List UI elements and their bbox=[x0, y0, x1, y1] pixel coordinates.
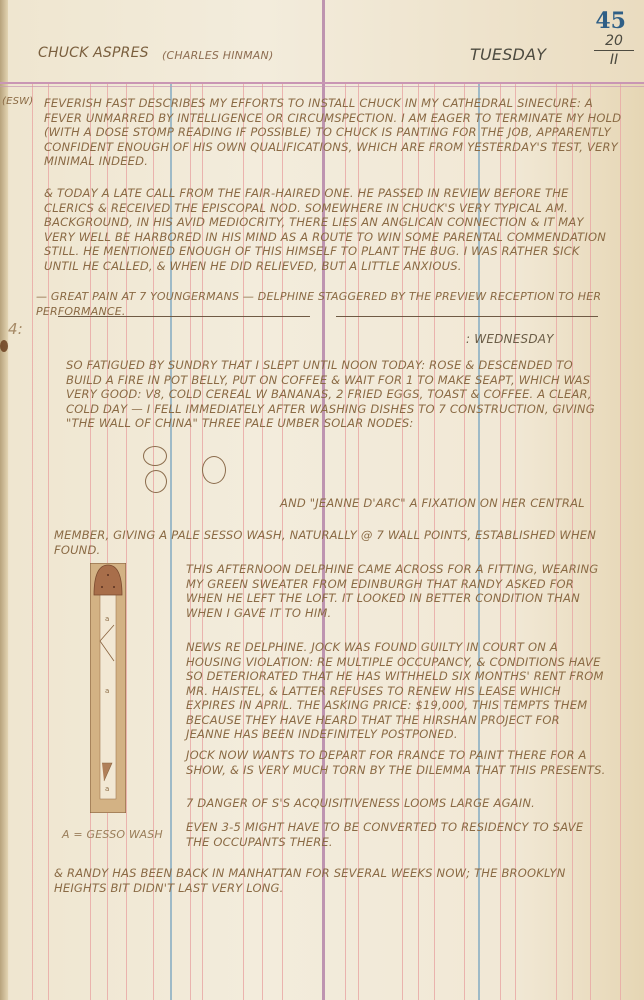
header-rule bbox=[0, 82, 644, 84]
entry-paragraph: and "Jeanne d'Arc" a fixation on her cen… bbox=[280, 496, 620, 511]
entry-paragraph: & Randy has been back in Manhattan for s… bbox=[54, 866, 614, 895]
sketch-legend: a = gesso wash bbox=[62, 828, 163, 843]
entry-paragraph: 7 danger of S's acquisitiveness looms la… bbox=[186, 796, 606, 811]
date-month: II bbox=[610, 52, 618, 68]
entry-paragraph: So fatigued by sundry that I slept until… bbox=[66, 358, 606, 431]
page-number: 45 bbox=[595, 8, 626, 34]
entry-paragraph: Feverish fast describes my efforts to in… bbox=[44, 96, 624, 169]
ledger-page: 45 Chuck Aspres (Charles Hinman) Tuesday… bbox=[0, 0, 644, 1000]
margin-note: (esw) bbox=[2, 95, 33, 110]
section-divider bbox=[58, 316, 310, 317]
header-name: Chuck Aspres bbox=[38, 46, 149, 61]
entry-paragraph: — Great pain at 7 Youngermans — Delphine… bbox=[36, 290, 616, 319]
header-date: 20 II bbox=[594, 32, 634, 69]
section-divider bbox=[336, 316, 598, 317]
circle-sketch bbox=[145, 470, 167, 493]
header-rule-secondary bbox=[0, 86, 644, 87]
book-spine-shadow bbox=[0, 0, 8, 1000]
ink-stain bbox=[0, 340, 8, 352]
sketch-drawing: a a a bbox=[90, 563, 126, 813]
entry-paragraph: & today a late call from the fair-haired… bbox=[44, 186, 614, 273]
circle-sketch bbox=[202, 456, 226, 484]
margin-date-note: 4: bbox=[8, 322, 23, 337]
sketch-label: a bbox=[105, 785, 109, 793]
header-day: Tuesday bbox=[470, 48, 546, 63]
circle-sketch bbox=[143, 446, 167, 466]
sketch-label: a bbox=[105, 687, 109, 695]
entry-paragraph: Even 3-5 might have to be converted to r… bbox=[186, 820, 606, 849]
entry-paragraph: member, giving a pale sesso wash, natura… bbox=[54, 528, 624, 557]
header-center-rule bbox=[322, 0, 325, 82]
entry-paragraph: This afternoon Delphine came across for … bbox=[186, 562, 606, 620]
sketch-label: a bbox=[105, 615, 109, 623]
ledger-rule bbox=[32, 0, 33, 1000]
header-band bbox=[8, 0, 644, 82]
entry-paragraph: News re Delphine. Jock was found guilty … bbox=[186, 640, 606, 742]
day-heading: : Wednesday bbox=[466, 332, 554, 347]
header-alias: (Charles Hinman) bbox=[162, 49, 273, 64]
entry-paragraph: Jock now wants to depart for France to p… bbox=[186, 748, 606, 777]
date-day: 20 bbox=[594, 32, 634, 51]
